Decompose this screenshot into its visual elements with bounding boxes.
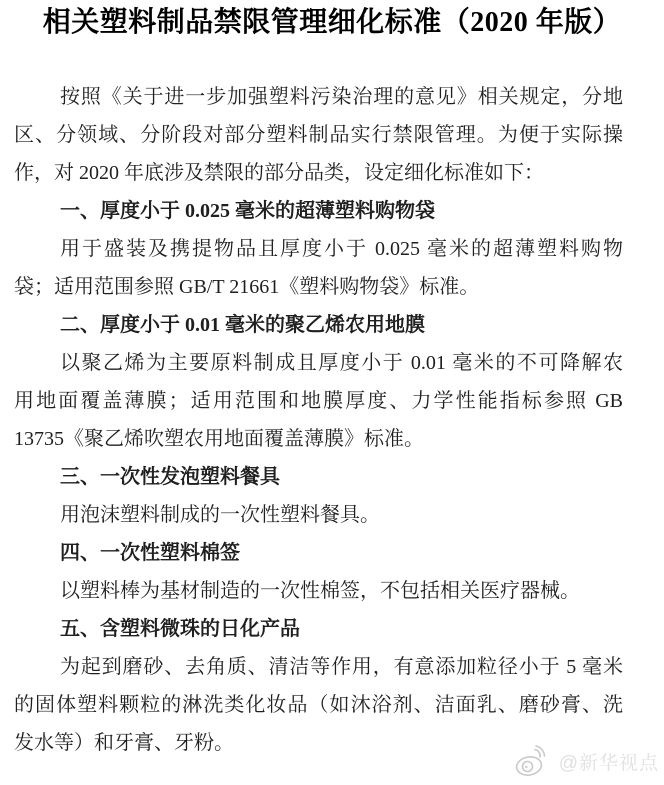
body-line: 13735《聚乙烯吹塑农用地面覆盖薄膜》标准。 (14, 420, 623, 458)
section-heading: 五、含塑料微珠的日化产品 (14, 610, 623, 648)
section-heading: 三、一次性发泡塑料餐具 (14, 458, 623, 496)
body-line: 作，对 2020 年底涉及禁限的部分品类，设定细化标准如下： (14, 154, 623, 192)
document-title: 相关塑料制品禁限管理细化标准（2020 年版） (0, 6, 664, 40)
body-line: 袋；适用范围参照 GB/T 21661《塑料购物袋》标准。 (14, 268, 623, 306)
document-page: 相关塑料制品禁限管理细化标准（2020 年版） 按照《关于进一步加强塑料污染治理… (0, 0, 664, 785)
body-line: 用地面覆盖薄膜；适用范围和地膜厚度、力学性能指标参照 GB (14, 382, 623, 420)
body-line: 以塑料棒为基材制造的一次性棉签，不包括相关医疗器械。 (14, 572, 623, 610)
body-line: 用泡沫塑料制成的一次性塑料餐具。 (14, 496, 623, 534)
document-body: 按照《关于进一步加强塑料污染治理的意见》相关规定，分地区、分领域、分阶段对部分塑… (14, 78, 623, 762)
weibo-logo-icon (514, 744, 554, 778)
watermark-handle: @新华视点 (559, 748, 659, 775)
section-heading: 四、一次性塑料棉签 (14, 534, 623, 572)
section-heading: 一、厚度小于 0.025 毫米的超薄塑料购物袋 (14, 192, 623, 230)
body-line: 为起到磨砂、去角质、清洁等作用，有意添加粒径小于 5 毫米 (14, 648, 623, 686)
body-line: 区、分领域、分阶段对部分塑料制品实行禁限管理。为便于实际操 (14, 116, 623, 154)
weibo-watermark: @新华视点 (514, 744, 659, 778)
section-heading: 二、厚度小于 0.01 毫米的聚乙烯农用地膜 (14, 306, 623, 344)
body-line: 按照《关于进一步加强塑料污染治理的意见》相关规定，分地 (14, 78, 623, 116)
body-line: 以聚乙烯为主要原料制成且厚度小于 0.01 毫米的不可降解农 (14, 344, 623, 382)
body-line: 用于盛装及携提物品且厚度小于 0.025 毫米的超薄塑料购物 (14, 230, 623, 268)
body-line: 的固体塑料颗粒的淋洗类化妆品（如沐浴剂、洁面乳、磨砂膏、洗 (14, 686, 623, 724)
